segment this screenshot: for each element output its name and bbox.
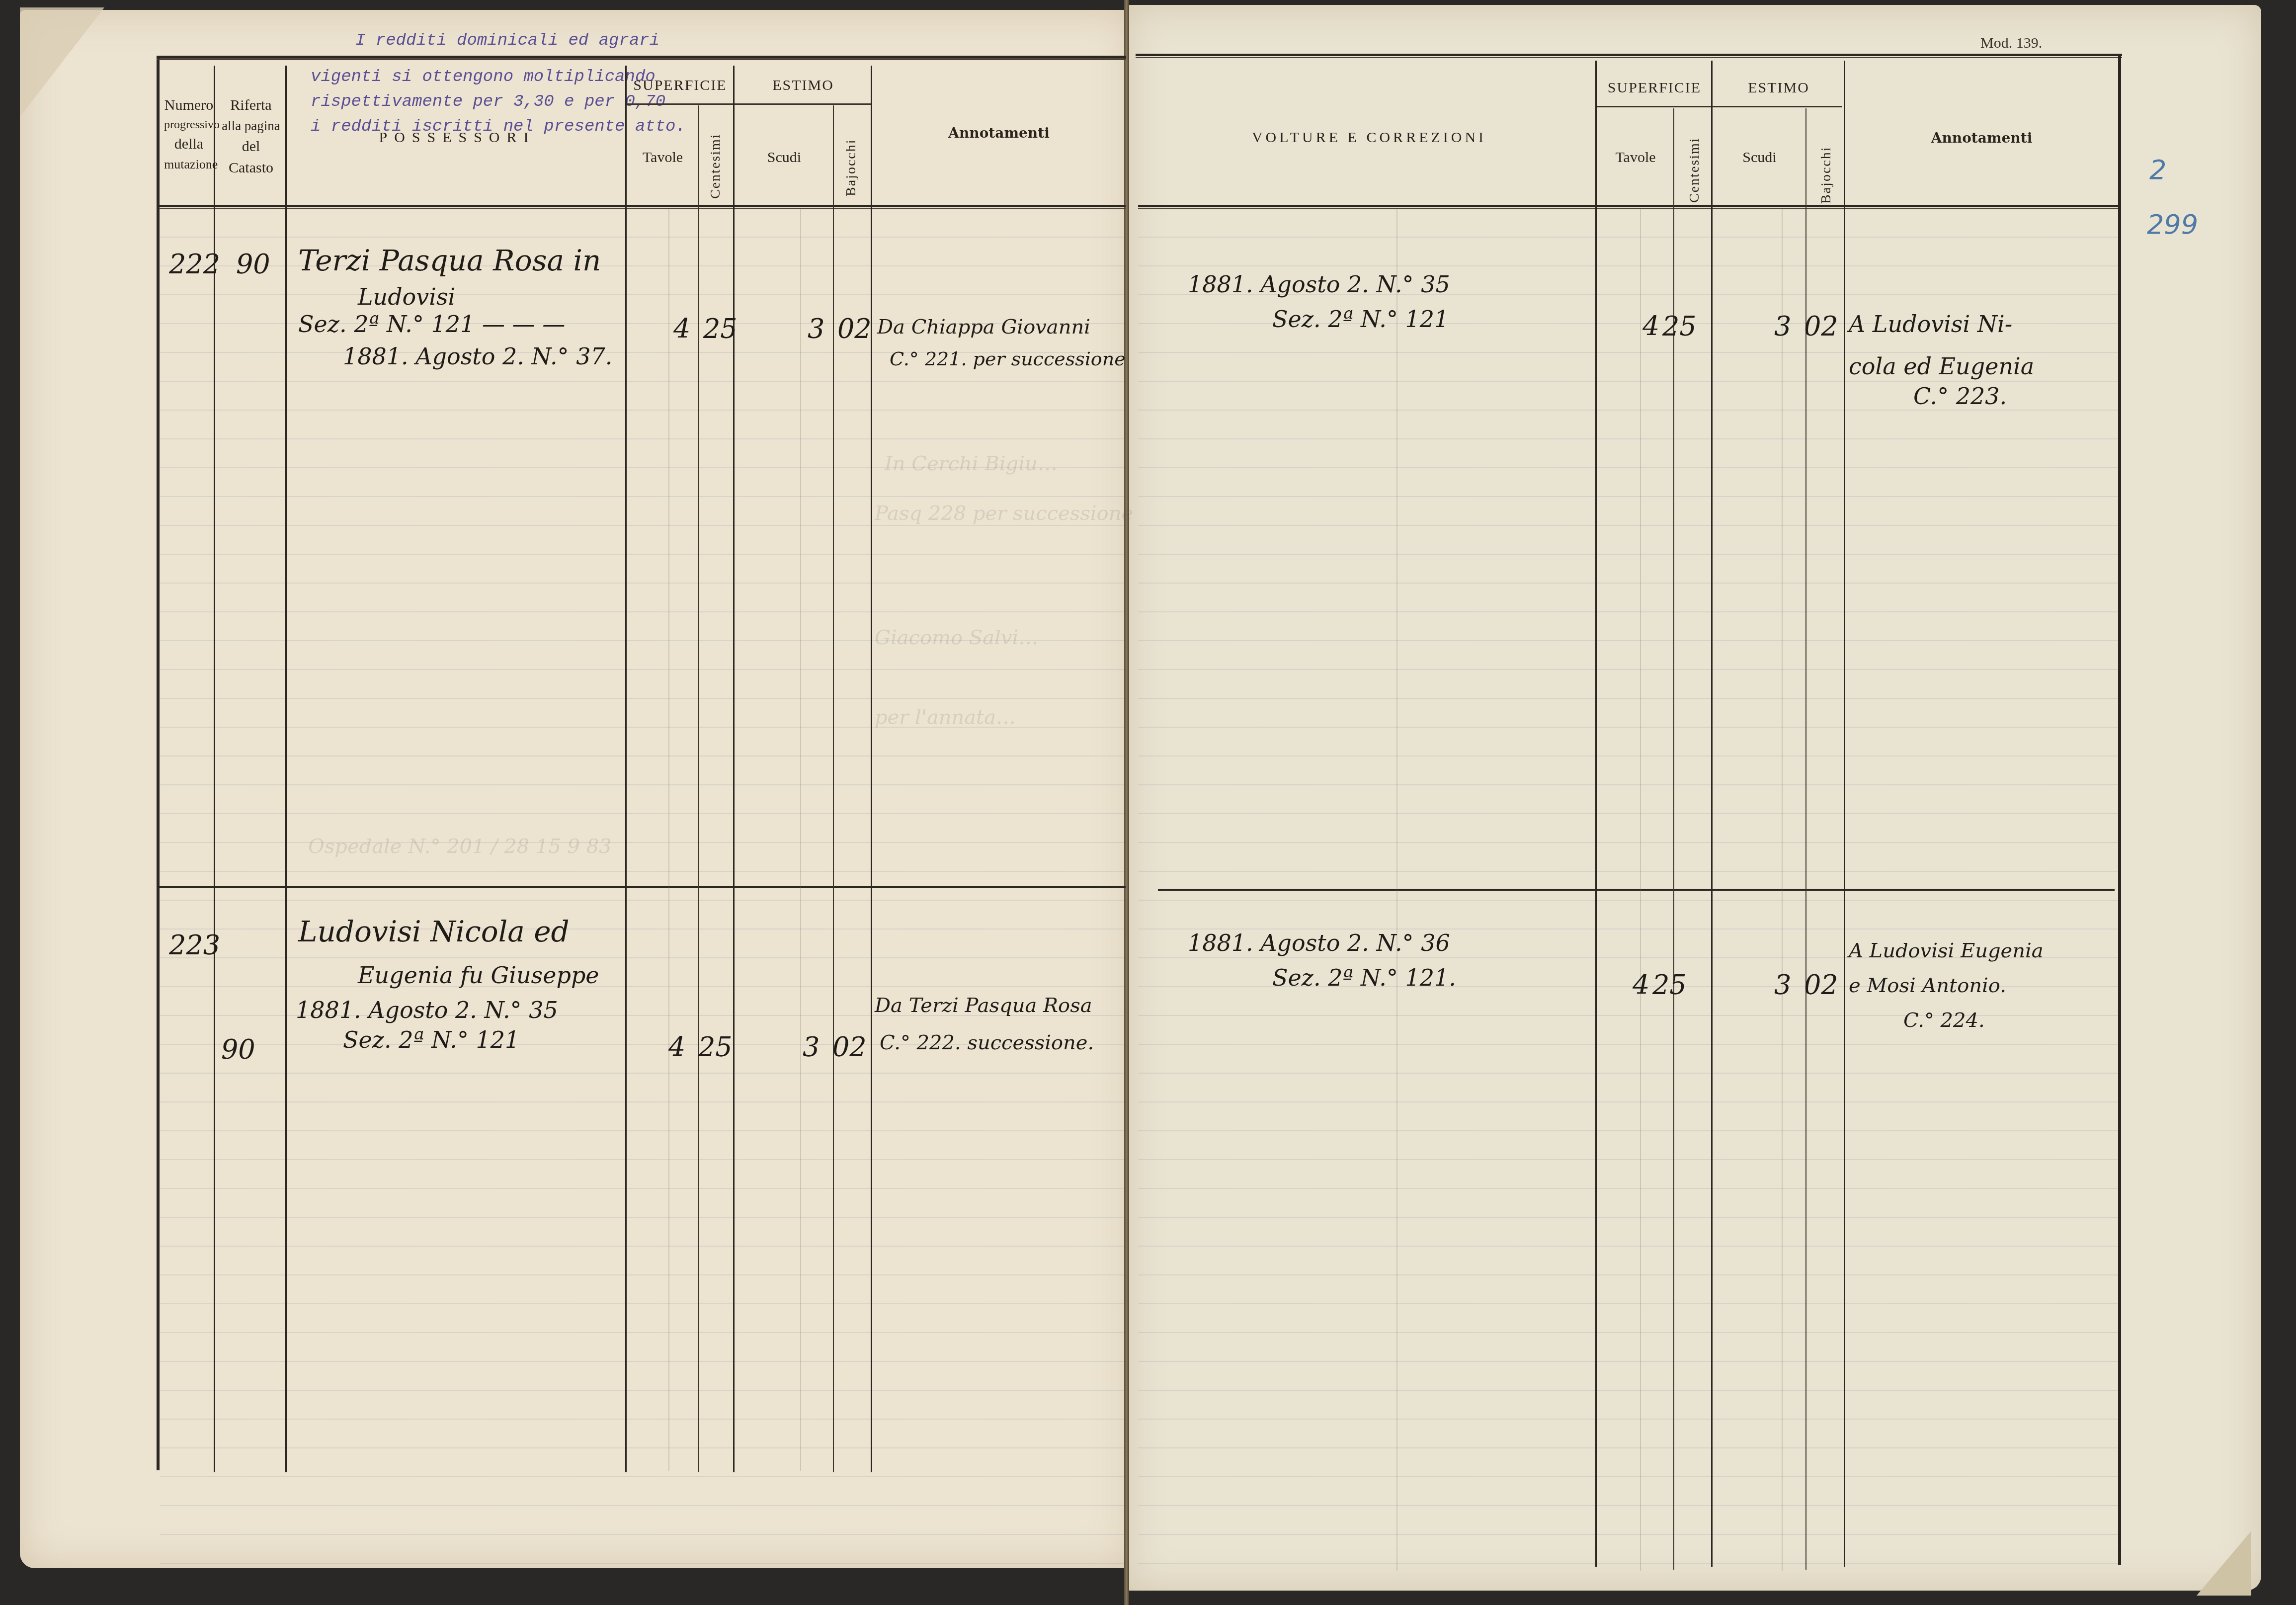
row-222-possessore-line3: Sez. 2ª N.° 121 — — —	[298, 311, 565, 338]
header-riferta: Riferta alla pagina del Catasto	[217, 94, 285, 179]
col-divider	[625, 66, 627, 1472]
row-222-riferta: 90	[236, 249, 270, 280]
row-223-scudi: 3	[803, 1031, 820, 1063]
header-centesimi: Centesimi	[706, 134, 726, 199]
row-222-possessore-line4: 1881. Agosto 2. N.° 37.	[343, 343, 612, 370]
row-222-annotamenti-line2: C.° 221. per successione	[890, 348, 1126, 370]
faint-guide	[1640, 209, 1641, 1571]
row-223-tavole: 4	[668, 1031, 685, 1063]
left-header-top-rule	[157, 56, 1126, 60]
faint-guide	[1396, 209, 1397, 1571]
right-superficie-rule	[1596, 106, 1842, 107]
header-annotamenti: Annotamenti	[1846, 128, 2117, 149]
right-header-top-rule	[1136, 54, 2122, 58]
col-divider	[733, 66, 735, 1472]
row-222-centesimi: 25	[703, 313, 738, 344]
volture-row1-line1: 1881. Agosto 2. N.° 35	[1188, 271, 1450, 298]
row-223-possessore-line3: 1881. Agosto 2. N.° 35	[296, 997, 558, 1023]
header-scudi: Scudi	[736, 147, 833, 169]
header-bajocchi: Bajocchi	[841, 135, 862, 200]
row-223-bajocchi: 02	[832, 1031, 867, 1063]
folded-corner	[2197, 1531, 2251, 1596]
volture-row1-centesimi: 25	[1662, 311, 1697, 342]
col-divider	[1844, 61, 1845, 1567]
bleed-through-text: per l'annata…	[875, 706, 1016, 729]
row-223-numero: 223	[169, 929, 220, 961]
col-divider	[698, 105, 699, 1472]
col-divider	[871, 66, 872, 1472]
ruled-lines-right	[1138, 209, 2120, 1581]
volture-row1-annotamenti-line2: cola ed Eugenia	[1849, 353, 2034, 380]
col-divider	[833, 105, 834, 1472]
left-header-bottom-rule	[159, 205, 1126, 209]
header-superficie: SUPERFICIE	[1598, 77, 1711, 99]
volture-row2-tavole: 4	[1633, 969, 1649, 1001]
right-header-bottom-rule	[1138, 205, 2120, 209]
col-divider	[1595, 61, 1597, 1567]
folded-corner	[20, 7, 104, 117]
volture-row1-scudi: 3	[1774, 311, 1791, 342]
header-numero: Numero progressivo della mutazione	[164, 94, 214, 173]
volture-row2-line2: Sez. 2ª N.° 121.	[1272, 964, 1456, 991]
row-222-tavole: 4	[673, 313, 690, 344]
volture-row2-line1: 1881. Agosto 2. N.° 36	[1188, 929, 1450, 956]
row-222-possessore-line1: Terzi Pasqua Rosa in	[298, 244, 601, 277]
bleed-through-text: In Cerchi Bigiu…	[885, 452, 1058, 475]
header-volture: VOLTURE E CORREZIONI	[1143, 127, 1595, 149]
bleed-through-text: Ospedale N.° 201 / 28 15 9 83	[308, 835, 612, 858]
volture-row1-line2: Sez. 2ª N.° 121	[1272, 306, 1449, 333]
volture-row1-annotamenti-line1: A Ludovisi Ni-	[1849, 311, 2012, 338]
volture-row2-annotamenti-line3: C.° 224.	[1903, 1009, 1985, 1032]
header-tavole: Tavole	[1598, 147, 1673, 169]
row-223-possessore-line2: Eugenia fu Giuseppe	[358, 962, 599, 989]
volture-row2-centesimi: 25	[1652, 969, 1687, 1001]
header-scudi: Scudi	[1714, 147, 1805, 169]
volture-row2-scudi: 3	[1774, 969, 1791, 1001]
bleed-through-text: Pasq 228 per successione	[875, 502, 1133, 525]
header-annotamenti: Annotamenti	[875, 123, 1123, 144]
row-222-numero: 222	[169, 249, 220, 280]
row-223-centesimi: 25	[698, 1031, 733, 1063]
stamp-line-1: I redditi dominicali ed agrari	[355, 26, 659, 56]
header-estimo: ESTIMO	[736, 75, 871, 96]
col-divider	[285, 66, 287, 1472]
right-outer-border	[2118, 54, 2121, 1565]
header-estimo: ESTIMO	[1714, 77, 1844, 99]
row-223-annotamenti-line2: C.° 222. successione.	[880, 1031, 1094, 1054]
row-222-bajocchi: 02	[837, 313, 872, 344]
row-223-possessore-line1: Ludovisi Nicola ed	[298, 915, 570, 948]
bleed-through-text: Giacomo Salvi…	[875, 626, 1038, 649]
form-number: Mod. 139.	[1980, 35, 2042, 52]
row-222-scudi: 3	[808, 313, 824, 344]
faint-guide	[668, 209, 669, 1471]
header-tavole: Tavole	[627, 147, 698, 169]
volture-row1-annotamenti-line3: C.° 223.	[1913, 383, 2007, 410]
col-divider	[1711, 61, 1713, 1567]
volture-row2-bajocchi: 02	[1804, 969, 1838, 1001]
row-223-riferta: 90	[221, 1034, 255, 1065]
volture-row1-bajocchi: 02	[1804, 311, 1838, 342]
right-row-divider	[1158, 889, 2115, 891]
pencil-page-number: 299	[2147, 209, 2198, 240]
volture-row1-tavole: 4	[1642, 311, 1659, 342]
volture-row2-annotamenti-line1: A Ludovisi Eugenia	[1849, 939, 2044, 962]
left-row-divider	[159, 886, 1126, 888]
left-superficie-rule	[627, 103, 872, 105]
pencil-mark: 2	[2149, 154, 2166, 185]
header-bajocchi: Bajocchi	[1816, 149, 1837, 204]
header-centesimi: Centesimi	[1685, 138, 1705, 203]
row-223-annotamenti-line1: Da Terzi Pasqua Rosa	[875, 994, 1092, 1017]
header-possessori: POSSESSORI	[288, 127, 626, 149]
row-222-annotamenti-line1: Da Chiappa Giovanni	[877, 316, 1090, 338]
volture-row2-annotamenti-line2: e Mosi Antonio.	[1849, 974, 2006, 997]
row-222-possessore-line2: Ludovisi	[358, 283, 455, 310]
row-223-possessore-line4: Sez. 2ª N.° 121	[343, 1026, 519, 1053]
header-superficie: SUPERFICIE	[627, 75, 733, 96]
faint-guide	[1782, 209, 1783, 1571]
faint-guide	[800, 209, 801, 1471]
